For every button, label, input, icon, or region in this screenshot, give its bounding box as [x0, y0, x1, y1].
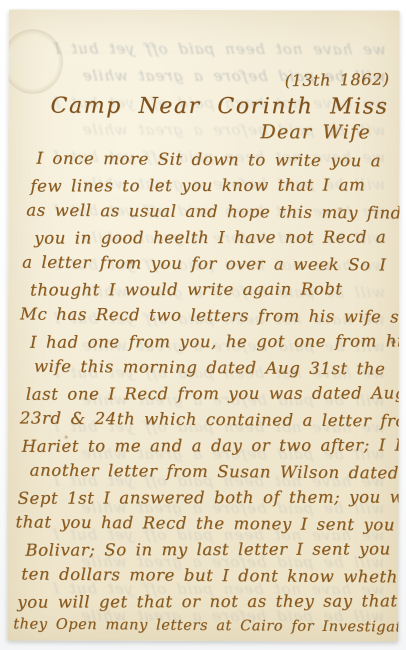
- letter-paper: we have not been paid off yet but Iwill …: [7, 9, 400, 641]
- letter-line: thought I would write again Robt: [30, 279, 343, 299]
- letter-line: another letter from Susan Wilson dated: [30, 461, 399, 483]
- letter-line: ten dollars more but I dont know whether: [21, 564, 400, 586]
- letter-line: 23rd & 24th which contained a letter fro…: [20, 408, 400, 430]
- date-annotation: (13th 1862): [285, 70, 390, 91]
- letter-line: I once more Sit down to write you a: [36, 149, 381, 171]
- letter-line: Hariet to me and a day or two after; I R…: [22, 435, 400, 455]
- letter-line: you will get that or not as they say tha…: [17, 591, 397, 611]
- letter-body: (13th 1862) Camp Near Corinth Miss Sept …: [7, 9, 400, 641]
- scanned-letter-photo: we have not been paid off yet but Iwill …: [0, 0, 406, 650]
- letter-line: that you had Recd the money I sent you f…: [15, 512, 399, 534]
- letter-line: wife this morning dated Aug 31st the: [34, 357, 386, 379]
- letter-line: I had one from you, he got one from his: [30, 331, 400, 351]
- letter-line: Sept 1st I answered both of them; you wr…: [18, 487, 400, 507]
- letter-heading: Camp Near Corinth Miss Sept: [51, 94, 400, 120]
- letter-line: few lines to let you know that I am: [30, 175, 365, 195]
- letter-line: last one I Recd from you was dated Aug.: [26, 383, 400, 403]
- salutation: Dear Wife: [260, 121, 370, 143]
- letter-line: Mc has Recd two letters from his wife si…: [20, 304, 400, 326]
- letter-line: as well as usual and hope this may find: [26, 201, 400, 223]
- letter-line: Bolivar; So in my last letter I sent you: [25, 539, 390, 559]
- letter-line: you in good heelth I have not Recd a: [34, 227, 386, 247]
- letter-line: they Open many letters at Cairo for Inve…: [13, 616, 400, 635]
- letter-line: a letter from you for over a week So I: [22, 253, 386, 275]
